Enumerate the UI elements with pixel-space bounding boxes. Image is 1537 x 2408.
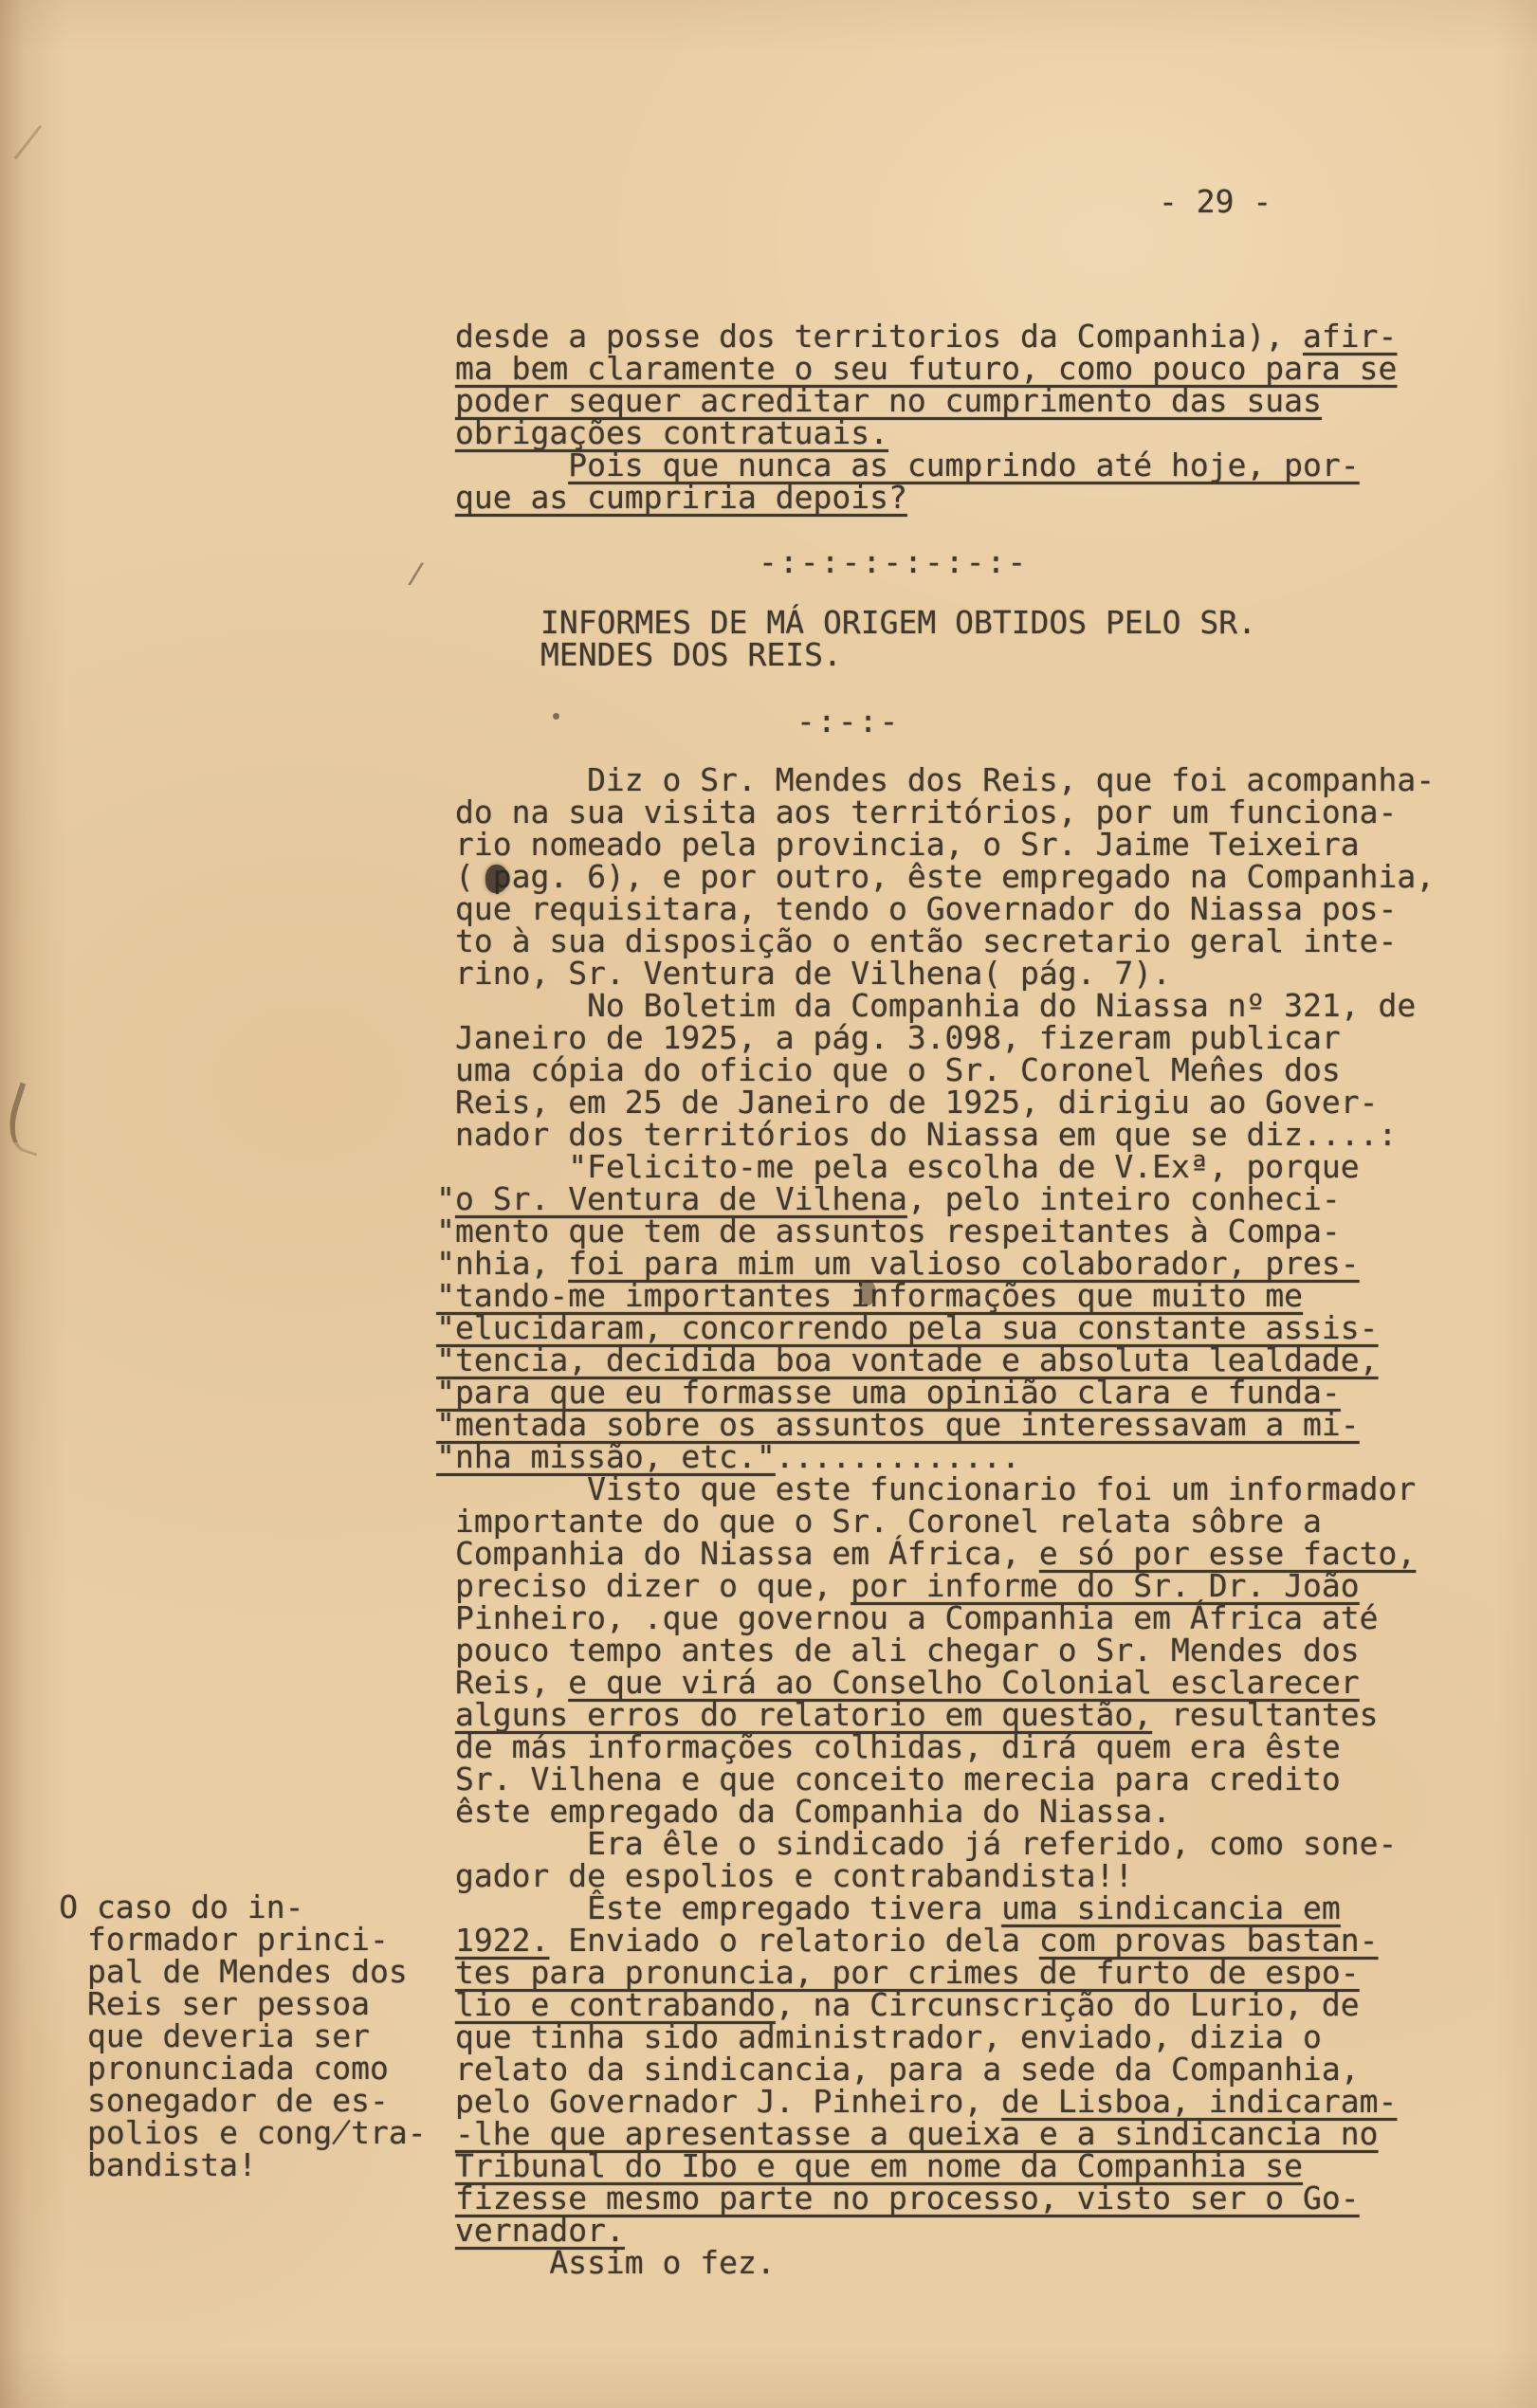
text-line: Reis ser pessoa (87, 1988, 427, 2020)
text-segment: bandista! (87, 2146, 257, 2183)
text-line: importante do que o Sr. Coronel relata s… (455, 1505, 1435, 1538)
text-line: lio e contrabando, na Circunscrição do L… (455, 1989, 1435, 2021)
text-line: Era êle o sindicado já referido, como so… (455, 1828, 1435, 1860)
text-line: tes para pronuncia, por crimes de furto … (455, 1957, 1435, 1989)
text-line: preciso dizer o que, por informe do Sr. … (455, 1570, 1435, 1602)
text-line: obrigações contratuais. (455, 417, 1397, 449)
section-separator-short: -:-:- (796, 705, 900, 738)
section-heading: INFORMES DE MÁ ORIGEM OBTIDOS PELO SR.ME… (540, 607, 1256, 671)
text-line: "tencia, decidida boa vontade e absoluta… (455, 1344, 1435, 1377)
text-line: Tribunal do Ibo e que em nome da Companh… (455, 2150, 1435, 2182)
scanned-document-page: - 29 - desde a posse dos territorios da … (0, 0, 1537, 2408)
text-line: vernador. (455, 2215, 1435, 2247)
text-line: pouco tempo antes de ali chegar o Sr. Me… (455, 1634, 1435, 1667)
pen-stroke-mark (0, 1083, 56, 1157)
underlined-text-segment: que as cumpriria depois? (455, 479, 907, 516)
text-line: "para que eu formasse uma opinião clara … (455, 1377, 1435, 1409)
text-line: formador princi- (87, 1924, 427, 1956)
text-line: Janeiro de 1925, a pág. 3.098, fizeram p… (455, 1022, 1435, 1054)
text-line: Diz o Sr. Mendes dos Reis, que foi acomp… (455, 764, 1435, 796)
scratch-mark (14, 125, 42, 160)
text-line: 1922. Enviado o relatorio dela com prova… (455, 1925, 1435, 1957)
ink-blot (859, 1280, 876, 1305)
text-line: Pois que nunca as cumprindo até hoje, po… (455, 449, 1397, 482)
text-line: bandista! (87, 2149, 427, 2181)
text-line: "tando-me importantes informações que mu… (455, 1280, 1435, 1312)
text-line: nador dos territórios do Niassa em que s… (455, 1119, 1435, 1151)
text-line: Reis, e que virá ao Conselho Colonial es… (455, 1667, 1435, 1699)
text-line: "o Sr. Ventura de Vilhena, pelo inteiro … (455, 1183, 1435, 1215)
quote-continuation-paragraph: desde a posse dos territorios da Companh… (455, 320, 1397, 514)
text-line: gador de espolios e contrabandista!! (455, 1860, 1435, 1892)
text-line: Companhia do Niassa em África, e só por … (455, 1538, 1435, 1570)
text-line: ( pag. 6), e por outro, êste empregado n… (455, 861, 1435, 893)
text-line: êste empregado da Companhia do Niassa. (455, 1796, 1435, 1828)
stray-slash-mark: / (406, 556, 427, 592)
text-line: INFORMES DE MÁ ORIGEM OBTIDOS PELO SR. (540, 607, 1256, 639)
text-line: que deveria ser (87, 2020, 427, 2052)
text-line: sonegador de es- (87, 2085, 427, 2117)
section-separator-long: -:-:-:-:-:-:- (759, 546, 1028, 578)
text-line: "nhia, foi para mim um valioso colaborad… (455, 1248, 1435, 1280)
text-line: fizesse mesmo parte no processo, visto s… (455, 2182, 1435, 2215)
main-body-text: Diz o Sr. Mendes dos Reis, que foi acomp… (455, 764, 1435, 2279)
text-line: ma bem claramente o seu futuro, como pou… (455, 353, 1397, 385)
text-line: rio nomeado pela provincia, o Sr. Jaime … (455, 829, 1435, 861)
text-line: -lhe que apresentasse a queixa e a sindi… (455, 2118, 1435, 2150)
text-line: "Felicito-me pela escolha de V.Exª, porq… (455, 1151, 1435, 1183)
text-line: Pinheiro, .que governou a Companhia em Á… (455, 1602, 1435, 1634)
text-line: alguns erros do relatorio em questão, re… (455, 1699, 1435, 1731)
text-line: O caso do in- (87, 1891, 427, 1924)
text-line: "elucidaram, concorrendo pela sua consta… (455, 1312, 1435, 1344)
text-line: de más informações colhidas, dirá quem e… (455, 1731, 1435, 1763)
stray-dot-mark (553, 713, 559, 720)
text-line: Sr. Vilhena e que conceito merecia para … (455, 1763, 1435, 1796)
margin-annotation: O caso do in-formador princi-pal de Mend… (87, 1891, 427, 2181)
text-line: to à sua disposição o então secretario g… (455, 925, 1435, 958)
text-line: desde a posse dos territorios da Companh… (455, 320, 1397, 353)
text-segment: Assim o fez. (549, 2244, 775, 2281)
text-line: "mento que tem de assuntos respeitantes … (455, 1215, 1435, 1248)
text-line: Reis, em 25 de Janeiro de 1925, dirigiu … (455, 1086, 1435, 1119)
text-line: que tinha sido administrador, enviado, d… (455, 2021, 1435, 2053)
text-line: Visto que este funcionario foi um inform… (455, 1473, 1435, 1505)
text-line: "mentada sobre os assuntos que interessa… (455, 1409, 1435, 1441)
text-line: "nha missão, etc."............. (455, 1441, 1435, 1473)
text-line: poder sequer acreditar no cumprimento da… (455, 385, 1397, 417)
text-line: pal de Mendes dos (87, 1956, 427, 1988)
text-line: que as cumpriria depois? (455, 482, 1397, 514)
text-line: do na sua visita aos territórios, por um… (455, 796, 1435, 829)
text-line: pronunciada como (87, 2052, 427, 2085)
text-line: pelo Governador J. Pinheiro, de Lisboa, … (455, 2086, 1435, 2118)
text-line: MENDES DOS REIS. (540, 639, 1256, 671)
text-line: Assim o fez. (455, 2247, 1435, 2279)
text-line: uma cópia do oficio que o Sr. Coronel Me… (455, 1054, 1435, 1086)
text-line: No Boletim da Companhia do Niassa nº 321… (455, 990, 1435, 1022)
page-number: - 29 - (1159, 186, 1272, 218)
text-line: relato da sindicancia, para a sede da Co… (455, 2053, 1435, 2086)
text-segment: MENDES DOS REIS. (540, 636, 842, 673)
text-line: rino, Sr. Ventura de Vilhena( pág. 7). (455, 958, 1435, 990)
text-line: Êste empregado tivera uma sindicancia em (455, 1892, 1435, 1925)
text-line: polios e cong̸tra- (87, 2117, 427, 2149)
text-line: que requisitara, tendo o Governador do N… (455, 893, 1435, 925)
